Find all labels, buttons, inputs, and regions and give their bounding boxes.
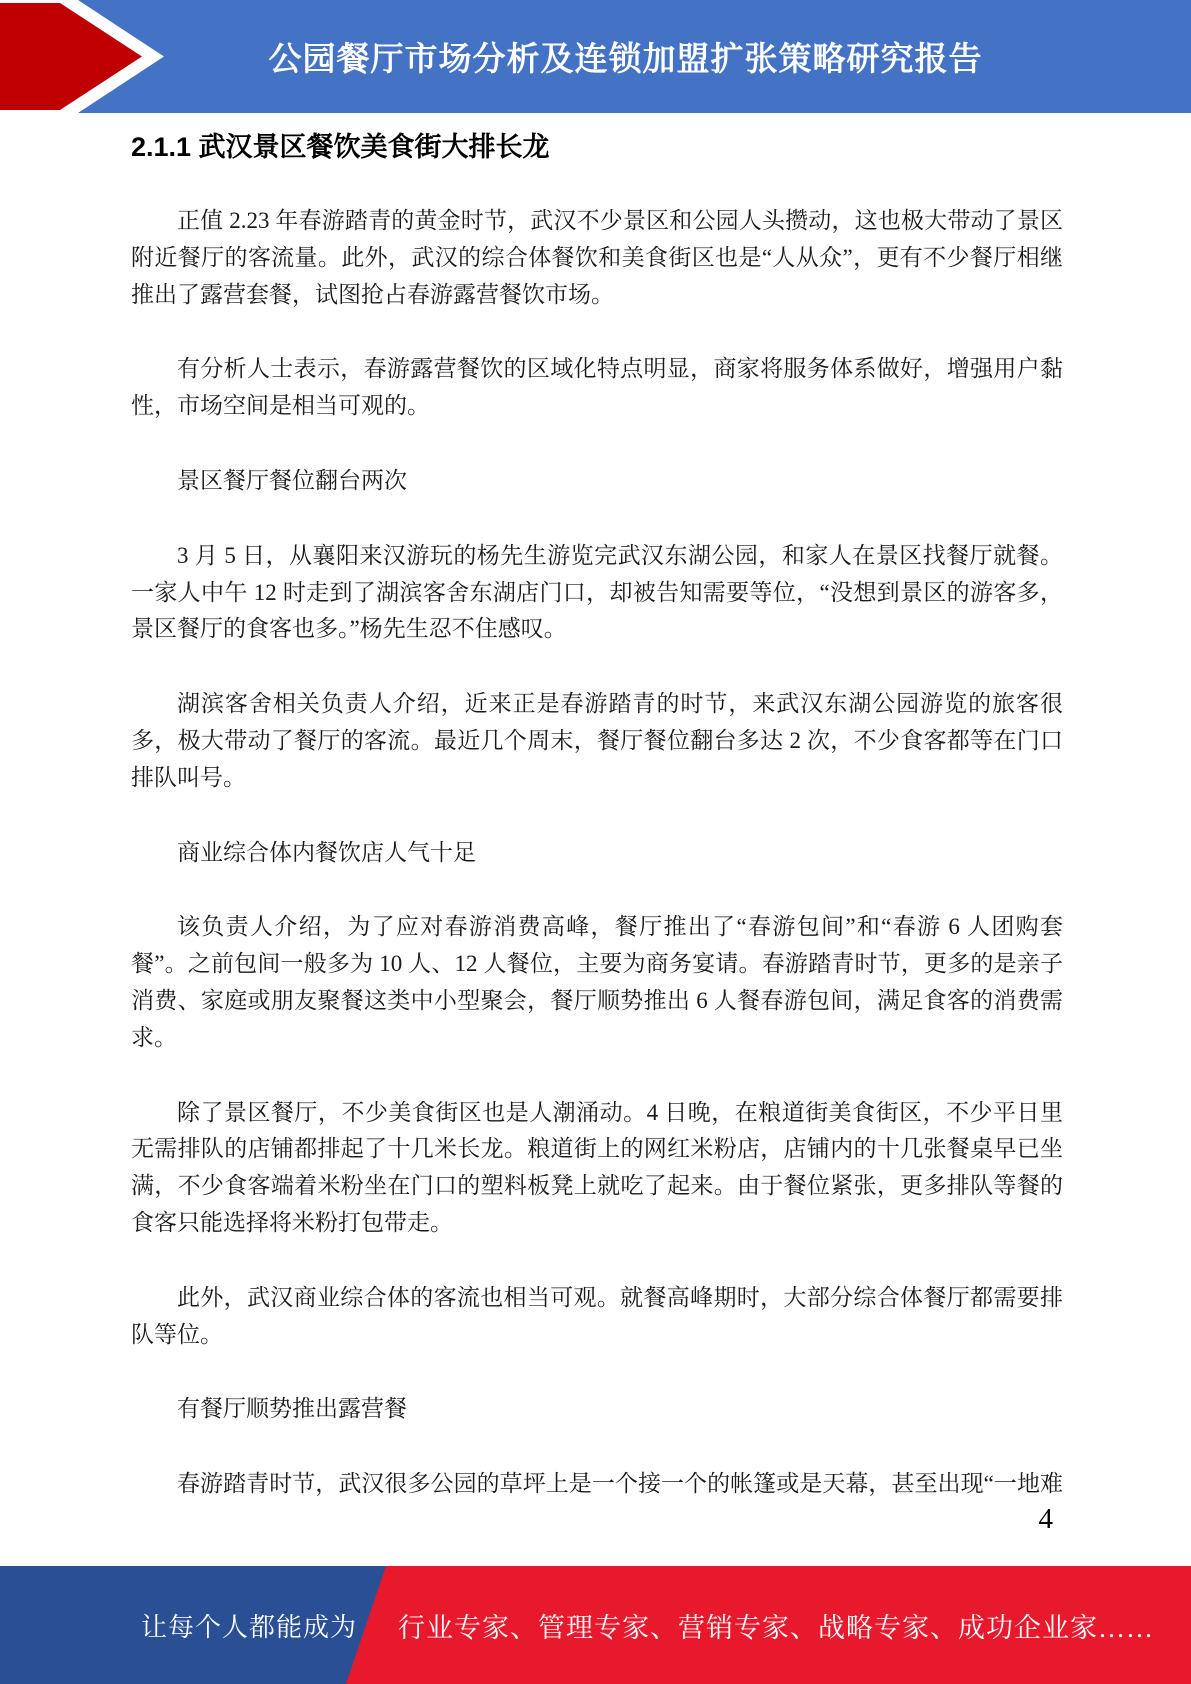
subheading: 有餐厅顺势推出露营餐 bbox=[131, 1391, 1063, 1428]
document-body: 2.1.1 武汉景区餐饮美食街大排长龙 正值 2.23 年春游踏青的黄金时节，武… bbox=[131, 113, 1063, 1504]
red-arrow-icon bbox=[0, 3, 145, 110]
paragraph: 有分析人士表示，春游露营餐饮的区域化特点明显，商家将服务体系做好，增强用户黏性，… bbox=[131, 351, 1063, 425]
section-heading: 2.1.1 武汉景区餐饮美食街大排长龙 bbox=[131, 129, 1063, 165]
paragraph: 正值 2.23 年春游踏青的黄金时节，武汉不少景区和公园人头攒动，这也极大带动了… bbox=[131, 203, 1063, 313]
paragraph: 3 月 5 日，从襄阳来汉游玩的杨先生游览完武汉东湖公园，和家人在景区找餐厅就餐… bbox=[131, 538, 1063, 648]
footer-slogan-left: 让每个人都能成为 bbox=[141, 1566, 357, 1684]
paragraph: 春游踏青时节，武汉很多公园的草坪上是一个接一个的帐篷或是天幕，甚至出现“一地难求… bbox=[131, 1466, 1063, 1504]
subheading: 商业综合体内餐饮店人气十足 bbox=[131, 835, 1063, 872]
paragraph: 除了景区餐厅，不少美食街区也是人潮涌动。4 日晚，在粮道街美食街区，不少平日里无… bbox=[131, 1095, 1063, 1242]
page-number: 4 bbox=[1039, 1503, 1054, 1536]
subheading: 景区餐厅餐位翻台两次 bbox=[131, 463, 1063, 500]
footer-slogan-right: 行业专家、管理专家、营销专家、战略专家、成功企业家…… bbox=[398, 1566, 1154, 1684]
report-page: 公园餐厅市场分析及连锁加盟扩张策略研究报告 2.1.1 武汉景区餐饮美食街大排长… bbox=[0, 0, 1191, 1684]
report-title: 公园餐厅市场分析及连锁加盟扩张策略研究报告 bbox=[160, 0, 1091, 113]
header-banner: 公园餐厅市场分析及连锁加盟扩张策略研究报告 bbox=[0, 0, 1191, 113]
paragraph: 该负责人介绍，为了应对春游消费高峰，餐厅推出了“春游包间”和“春游 6 人团购套… bbox=[131, 909, 1063, 1056]
paragraph: 此外，武汉商业综合体的客流也相当可观。就餐高峰期时，大部分综合体餐厅都需要排队等… bbox=[131, 1280, 1063, 1354]
paragraph: 湖滨客舍相关负责人介绍，近来正是春游踏青的时节，来武汉东湖公园游览的旅客很多，极… bbox=[131, 686, 1063, 796]
footer-banner: 让每个人都能成为 行业专家、管理专家、营销专家、战略专家、成功企业家…… bbox=[0, 1566, 1191, 1684]
